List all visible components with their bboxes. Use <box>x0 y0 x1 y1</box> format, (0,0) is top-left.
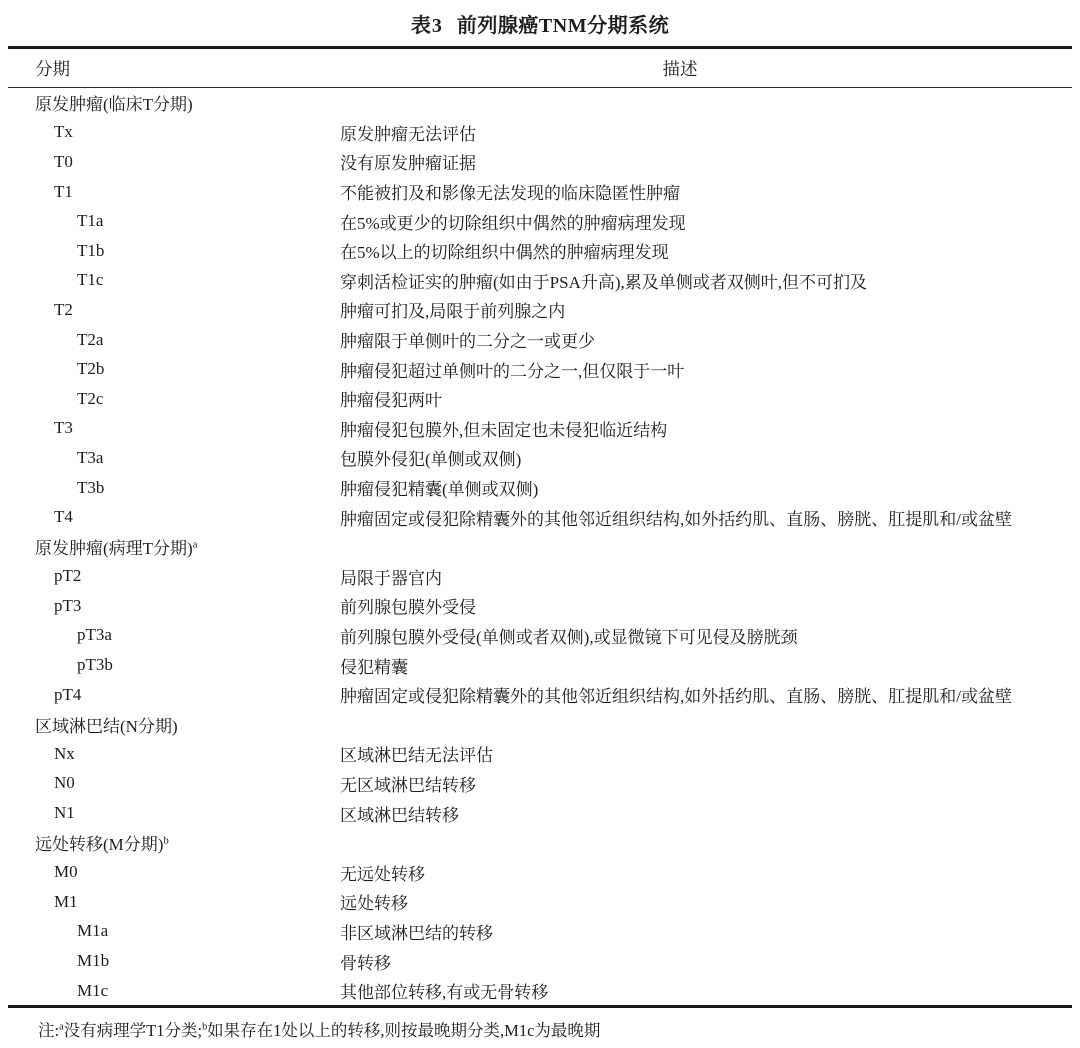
table-row: N1区域淋巴结转移 <box>0 798 1080 828</box>
stage-cell: M1a <box>0 921 340 941</box>
table-row: M1c其他部位转移,有或无骨转移 <box>0 976 1080 1006</box>
table-row: M1b骨转移 <box>0 946 1080 976</box>
description-cell: 区域淋巴结无法评估 <box>340 741 1080 766</box>
description-cell: 肿瘤侵犯精囊(单侧或双侧) <box>340 475 1080 500</box>
table-row: M1远处转移 <box>0 887 1080 917</box>
footnote-marker: b <box>202 1022 207 1033</box>
table-number: 表3 <box>411 9 443 38</box>
description-cell: 骨转移 <box>340 949 1080 974</box>
description-cell: 在5%或更少的切除组织中偶然的肿瘤病理发现 <box>340 209 1080 234</box>
table-row: pT4肿瘤固定或侵犯除精囊外的其他邻近组织结构,如外括约肌、直肠、膀胱、肛提肌和… <box>0 680 1080 710</box>
description-cell: 侵犯精囊 <box>340 653 1080 678</box>
description-cell: 包膜外侵犯(单侧或双侧) <box>340 445 1080 470</box>
stage-cell: T1a <box>0 211 340 231</box>
table-row: T4肿瘤固定或侵犯除精囊外的其他邻近组织结构,如外括约肌、直肠、膀胱、肛提肌和/… <box>0 502 1080 532</box>
description-cell: 肿瘤固定或侵犯除精囊外的其他邻近组织结构,如外括约肌、直肠、膀胱、肛提肌和/或盆… <box>340 505 1080 530</box>
description-cell: 穿刺活检证实的肿瘤(如由于PSA升高),累及单侧或者双侧叶,但不可扪及 <box>340 268 1080 293</box>
table-row: T1a在5%或更少的切除组织中偶然的肿瘤病理发现 <box>0 206 1080 236</box>
stage-cell: M1c <box>0 981 340 1001</box>
description-cell: 区域淋巴结转移 <box>340 801 1080 826</box>
stage-cell: T2c <box>0 389 340 409</box>
table-row: M1a非区域淋巴结的转移 <box>0 917 1080 947</box>
stage-cell: M0 <box>0 862 340 882</box>
stage-cell: T4 <box>0 507 340 527</box>
footnote-marker: a <box>193 540 198 551</box>
table-row: 原发肿瘤(病理T分期)a <box>0 532 1080 562</box>
description-cell: 前列腺包膜外受侵(单侧或者双侧),或显微镜下可见侵及膀胱颈 <box>340 623 1080 648</box>
stage-cell: T1c <box>0 270 340 290</box>
table-title-text: 前列腺癌TNM分期系统 <box>457 9 669 38</box>
stage-cell: 区域淋巴结(N分期) <box>0 712 340 737</box>
table-row: pT3a前列腺包膜外受侵(单侧或者双侧),或显微镜下可见侵及膀胱颈 <box>0 621 1080 651</box>
table-row: T1b在5%以上的切除组织中偶然的肿瘤病理发现 <box>0 236 1080 266</box>
description-cell: 在5%以上的切除组织中偶然的肿瘤病理发现 <box>340 238 1080 263</box>
table-row: T2c肿瘤侵犯两叶 <box>0 384 1080 414</box>
stage-cell: 远处转移(M分期)b <box>0 830 340 855</box>
table-row: T1不能被扪及和影像无法发现的临床隐匿性肿瘤 <box>0 177 1080 207</box>
stage-cell: T3b <box>0 478 340 498</box>
table-row: T1c穿刺活检证实的肿瘤(如由于PSA升高),累及单侧或者双侧叶,但不可扪及 <box>0 266 1080 296</box>
column-header-stage: 分期 <box>0 56 340 81</box>
table-header-row: 分期 描述 <box>0 49 1080 87</box>
stage-cell: 原发肿瘤(临床T分期) <box>0 90 340 115</box>
footnote-marker: a <box>59 1022 64 1033</box>
description-cell: 肿瘤固定或侵犯除精囊外的其他邻近组织结构,如外括约肌、直肠、膀胱、肛提肌和/或盆… <box>340 682 1080 707</box>
table-row: Tx原发肿瘤无法评估 <box>0 118 1080 148</box>
description-cell: 无区域淋巴结转移 <box>340 771 1080 796</box>
stage-cell: Tx <box>0 122 340 142</box>
table-row: pT3前列腺包膜外受侵 <box>0 591 1080 621</box>
description-cell: 其他部位转移,有或无骨转移 <box>340 978 1080 1003</box>
stage-cell: T2 <box>0 300 340 320</box>
table-row: T2b肿瘤侵犯超过单侧叶的二分之一,但仅限于一叶 <box>0 354 1080 384</box>
stage-cell: T2a <box>0 330 340 350</box>
table-row: pT3b侵犯精囊 <box>0 650 1080 680</box>
stage-cell: N1 <box>0 803 340 823</box>
description-cell: 肿瘤侵犯两叶 <box>340 386 1080 411</box>
stage-cell: T1b <box>0 241 340 261</box>
table-row: M0无远处转移 <box>0 857 1080 887</box>
stage-cell: pT3 <box>0 596 340 616</box>
stage-cell: pT3a <box>0 625 340 645</box>
description-cell: 不能被扪及和影像无法发现的临床隐匿性肿瘤 <box>340 179 1080 204</box>
description-cell: 没有原发肿瘤证据 <box>340 149 1080 174</box>
stage-cell: T3 <box>0 418 340 438</box>
stage-cell: 原发肿瘤(病理T分期)a <box>0 534 340 559</box>
description-cell: 非区域淋巴结的转移 <box>340 919 1080 944</box>
description-cell: 无远处转移 <box>340 860 1080 885</box>
stage-cell: M1b <box>0 951 340 971</box>
stage-cell: pT4 <box>0 685 340 705</box>
table-row: T2肿瘤可扪及,局限于前列腺之内 <box>0 295 1080 325</box>
table-footnote: 注:a没有病理学T1分类;b如果存在1处以上的转移,则按最晚期分类,M1c为最晚… <box>0 1008 1080 1041</box>
stage-cell: pT3b <box>0 655 340 675</box>
footnote-marker: b <box>163 835 168 846</box>
stage-cell: M1 <box>0 892 340 912</box>
description-cell: 肿瘤可扪及,局限于前列腺之内 <box>340 297 1080 322</box>
description-cell: 肿瘤侵犯超过单侧叶的二分之一,但仅限于一叶 <box>340 357 1080 382</box>
description-cell: 肿瘤侵犯包膜外,但未固定也未侵犯临近结构 <box>340 416 1080 441</box>
stage-cell: T1 <box>0 182 340 202</box>
stage-cell: T3a <box>0 448 340 468</box>
description-cell: 前列腺包膜外受侵 <box>340 593 1080 618</box>
description-cell: 原发肿瘤无法评估 <box>340 120 1080 145</box>
table-row: pT2局限于器官内 <box>0 562 1080 592</box>
table-row: 远处转移(M分期)b <box>0 828 1080 858</box>
description-cell: 远处转移 <box>340 889 1080 914</box>
table-row: T0没有原发肿瘤证据 <box>0 147 1080 177</box>
table-row: T3a包膜外侵犯(单侧或双侧) <box>0 443 1080 473</box>
table-title: 表3 前列腺癌TNM分期系统 <box>0 0 1080 46</box>
table-row: T2a肿瘤限于单侧叶的二分之一或更少 <box>0 325 1080 355</box>
table-row: 区域淋巴结(N分期) <box>0 709 1080 739</box>
table-row: T3肿瘤侵犯包膜外,但未固定也未侵犯临近结构 <box>0 414 1080 444</box>
column-header-description: 描述 <box>340 56 1080 81</box>
stage-cell: T2b <box>0 359 340 379</box>
description-cell: 肿瘤限于单侧叶的二分之一或更少 <box>340 327 1080 352</box>
table-body: 原发肿瘤(临床T分期)Tx原发肿瘤无法评估T0没有原发肿瘤证据T1不能被扪及和影… <box>0 88 1080 1005</box>
stage-cell: pT2 <box>0 566 340 586</box>
stage-cell: N0 <box>0 773 340 793</box>
stage-cell: T0 <box>0 152 340 172</box>
table-row: Nx区域淋巴结无法评估 <box>0 739 1080 769</box>
stage-cell: Nx <box>0 744 340 764</box>
table-row: 原发肿瘤(临床T分期) <box>0 88 1080 118</box>
document-page: 表3 前列腺癌TNM分期系统 分期 描述 原发肿瘤(临床T分期)Tx原发肿瘤无法… <box>0 0 1080 1048</box>
description-cell: 局限于器官内 <box>340 564 1080 589</box>
table-row: T3b肿瘤侵犯精囊(单侧或双侧) <box>0 473 1080 503</box>
table-row: N0无区域淋巴结转移 <box>0 769 1080 799</box>
